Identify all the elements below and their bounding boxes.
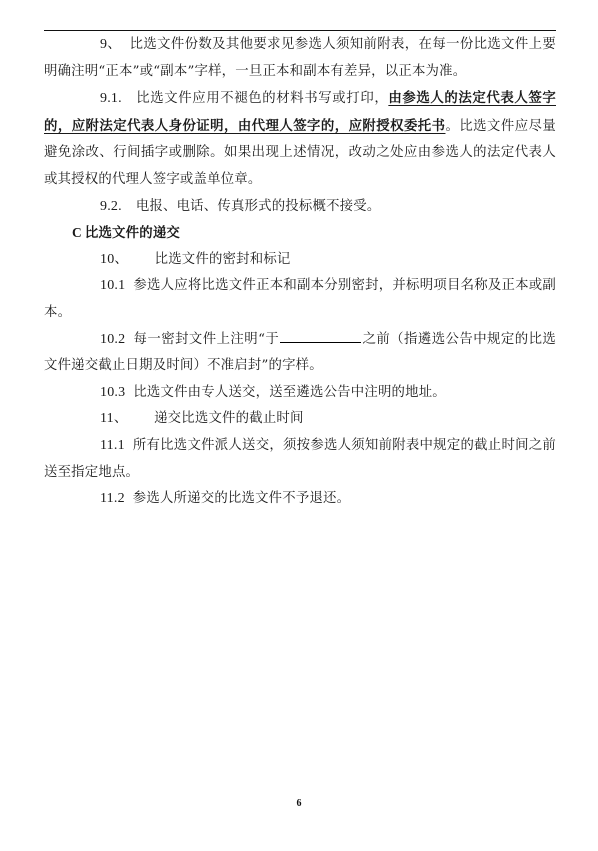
paragraph-11: 11、递交比选文件的截止时间 [44, 406, 556, 433]
section-letter: C [72, 225, 82, 240]
paragraph-9-1: 9.1.比选文件应用不褪色的材料书写或打印，由参选人的法定代表人签字的，应附法定… [44, 85, 556, 193]
paragraph-10-1: 10.1参选人应将比选文件正本和副本分别密封，并标明项目名称及正本或副本。 [44, 273, 556, 326]
paragraph-10: 10、比选文件的密封和标记 [44, 247, 556, 274]
paragraph-10-2: 10.2每一密封文件上注明“于之前（指遴选公告中规定的比选文件递交截止日期及时间… [44, 327, 556, 380]
page-number: 6 [0, 798, 598, 809]
header-rule [44, 30, 556, 31]
paragraph-text: 递交比选文件的截止时间 [154, 411, 304, 426]
paragraph-text: 比选文件应用不褪色的材料书写或打印， [136, 91, 389, 106]
paragraph-number: 9.1. [72, 86, 122, 113]
paragraph-number: 10.3 [72, 380, 125, 407]
paragraph-number: 11、 [72, 406, 128, 433]
paragraph-9-2: 9.2.电报、电话、传真形式的投标概不接受。 [44, 194, 556, 221]
paragraph-text: 比选文件的密封和标记 [155, 252, 291, 267]
paragraph-10-3: 10.3比选文件由专人送交，送至遴选公告中注明的地址。 [44, 380, 556, 407]
paragraph-number: 11.2 [72, 486, 125, 513]
fill-in-blank [280, 328, 361, 343]
paragraph-text: 每一密封文件上注明“于 [133, 332, 279, 347]
paragraph-number: 10、 [72, 247, 129, 274]
section-title: 比选文件的递交 [85, 225, 180, 241]
document-page: 9、比选文件份数及其他要求见参选人须知前附表，在每一份比选文件上要明确注明“正本… [0, 0, 598, 851]
paragraph-text: 电报、电话、传真形式的投标概不接受。 [136, 199, 381, 214]
paragraph-number: 10.1 [72, 273, 125, 300]
paragraph-11-1: 11.1所有比选文件派人送交，须按参选人须知前附表中规定的截止时间之前送至指定地… [44, 433, 556, 486]
paragraph-number: 9、 [72, 32, 121, 59]
paragraph-9: 9、比选文件份数及其他要求见参选人须知前附表，在每一份比选文件上要明确注明“正本… [44, 32, 556, 85]
paragraph-number: 10.2 [72, 327, 125, 354]
paragraph-number: 9.2. [72, 194, 122, 221]
paragraph-text: 比选文件由专人送交，送至遴选公告中注明的地址。 [133, 385, 446, 400]
paragraph-text: 参选人所递交的比选文件不予退还。 [133, 491, 350, 506]
section-heading-c: C比选文件的递交 [44, 220, 556, 247]
document-body: 9、比选文件份数及其他要求见参选人须知前附表，在每一份比选文件上要明确注明“正本… [44, 32, 556, 513]
paragraph-number: 11.1 [72, 433, 125, 460]
paragraph-11-2: 11.2参选人所递交的比选文件不予退还。 [44, 486, 556, 513]
